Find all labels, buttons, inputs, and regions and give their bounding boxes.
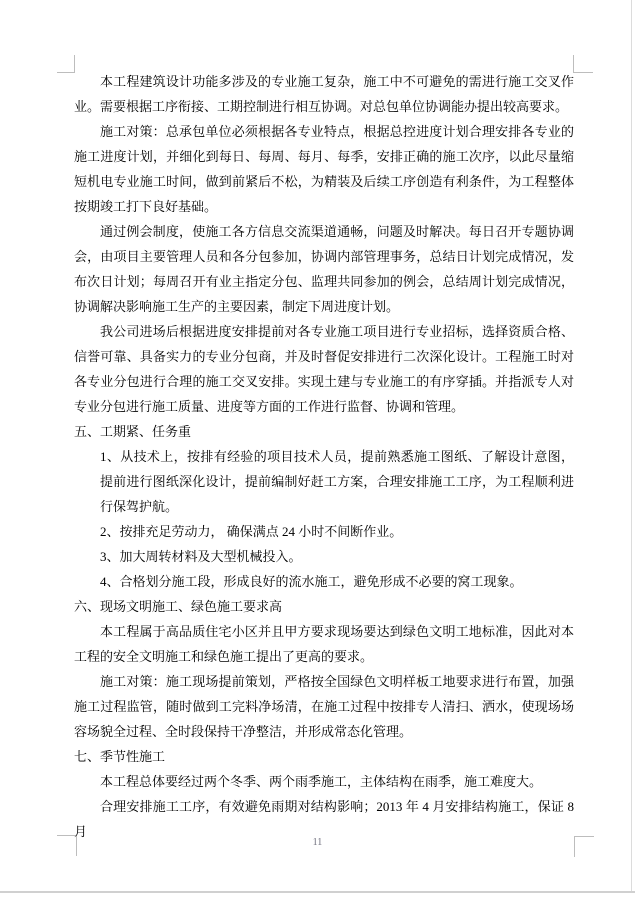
page-number: 11: [0, 836, 635, 850]
paragraph-overview: 本工程建筑设计功能多涉及的专业施工复杂，施工中不可避免的需进行施工交叉作业。需要…: [74, 69, 574, 119]
document-body: 本工程建筑设计功能多涉及的专业施工复杂，施工中不可避免的需进行施工交叉作业。需要…: [74, 69, 574, 844]
margin-crop-mark-top-left: [57, 55, 75, 73]
document-page: 本工程建筑设计功能多涉及的专业施工复杂，施工中不可避免的需进行施工交叉作业。需要…: [0, 0, 635, 898]
page-edge-right: [631, 0, 632, 892]
section-heading-7: 七、季节性施工: [74, 744, 574, 769]
paragraph-green-site: 本工程属于高品质住宅小区并且甲方要求现场要达到绿色文明工地标准，因此对本工程的安…: [74, 619, 574, 669]
paragraph-subcontract-bidding: 我公司进场后根据进度安排提前对各专业施工项目进行专业招标，选择资质合格、信誉可靠…: [74, 319, 574, 419]
paragraph-meeting-system: 通过例会制度，使施工各方信息交流渠道通畅，问题及时解决。每日召开专题协调会，由项…: [74, 219, 574, 319]
list-item-1: 1、从技术上，按排有经验的项目技术人员，提前熟悉施工图纸、了解设计意图，提前进行…: [100, 444, 574, 519]
margin-crop-mark-top-right: [573, 55, 593, 73]
paragraph-countermeasure-2: 施工对策：施工现场提前策划，严格按全国绿色文明样板工地要求进行布置，加强施工过程…: [74, 669, 574, 744]
page-edge-bottom: [0, 891, 635, 893]
list-item-3: 3、加大周转材料及大型机械投入。: [100, 544, 574, 569]
list-item-2: 2、按排充足劳动力， 确保满点 24 小时不间断作业。: [100, 519, 574, 544]
paragraph-seasonal: 本工程总体要经过两个冬季、两个雨季施工，主体结构在雨季，施工难度大。: [74, 769, 574, 794]
section-heading-5: 五、工期紧、任务重: [74, 419, 574, 444]
paragraph-countermeasure-1: 施工对策：总承包单位必须根据各专业特点，根据总控进度计划合理安排各专业的施工进度…: [74, 119, 574, 219]
section-heading-6: 六、现场文明施工、绿色施工要求高: [74, 594, 574, 619]
list-item-4: 4、合格划分施工段，形成良好的流水施工，避免形成不必要的窝工现象。: [100, 569, 574, 594]
